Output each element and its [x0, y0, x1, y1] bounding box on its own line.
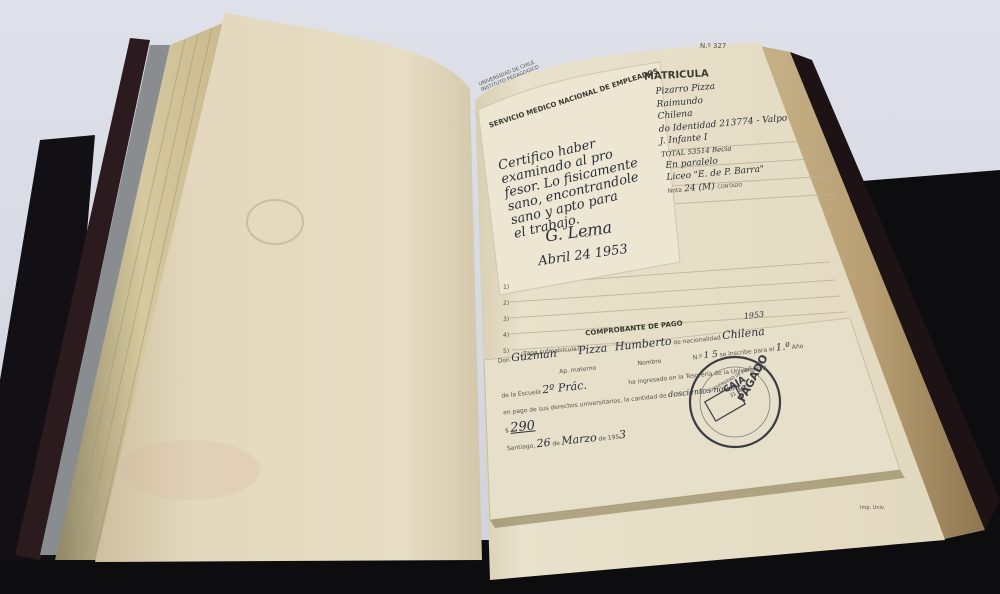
- certificate-date: Abril 24 1953: [537, 242, 628, 269]
- institution-header: UNIVERSIDAD DE CHILE INSTITUTO PEDAGOGIC…: [478, 59, 540, 93]
- printer-footer: Imp. Univ.: [860, 505, 885, 511]
- right-page-content: UNIVERSIDAD DE CHILE INSTITUTO PEDAGOGIC…: [0, 0, 1000, 594]
- school-notes: En paralelo Liceo "E. de P. Barra" Nota …: [665, 151, 766, 197]
- record-number: N.º 327: [700, 42, 726, 50]
- receipt-content: COMPROBANTE DE PAGO 1953 Don Guzmán Pizz…: [495, 295, 886, 457]
- registration-fields: Pizarro Pizza Raimundo Chilena do Identi…: [655, 75, 790, 161]
